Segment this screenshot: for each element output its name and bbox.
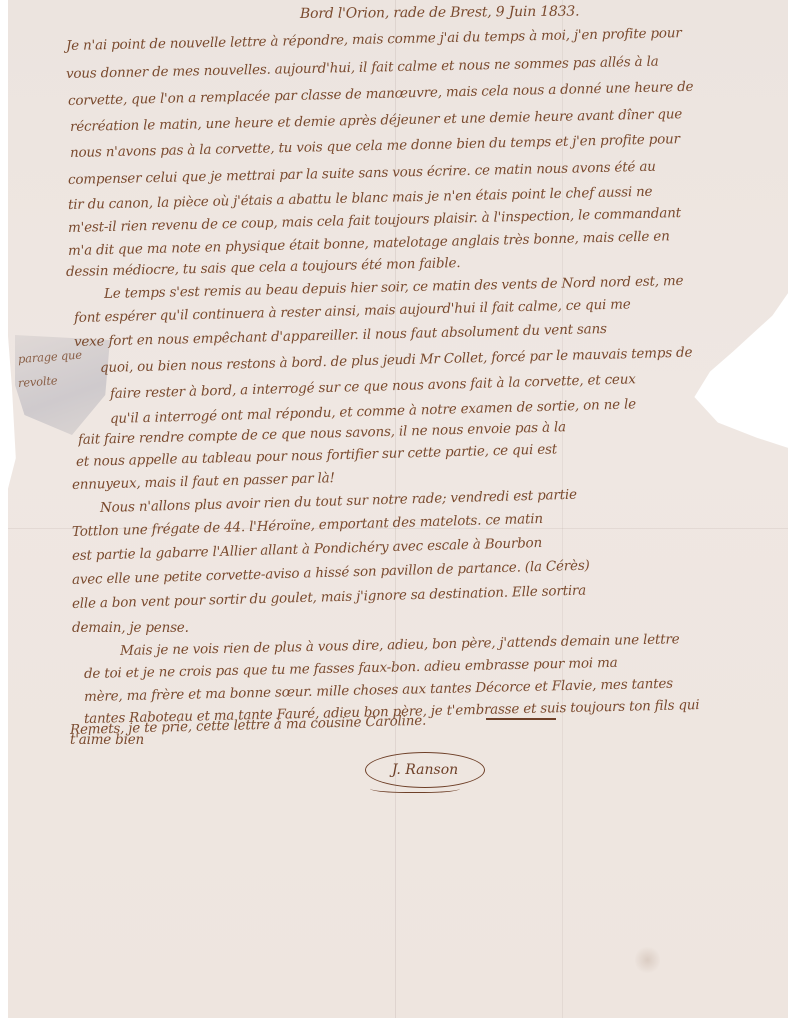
letter-line: demain, je pense.	[72, 620, 189, 636]
fold-crease-vertical-2	[562, 0, 563, 1018]
signature-flourish	[370, 782, 460, 793]
letter-header-date-place: Bord l'Orion, rade de Brest, 9 Juin 1833…	[300, 4, 580, 22]
paper-stain	[635, 945, 660, 975]
postscript-underline	[486, 718, 556, 720]
margin-note: revolte	[18, 373, 58, 390]
